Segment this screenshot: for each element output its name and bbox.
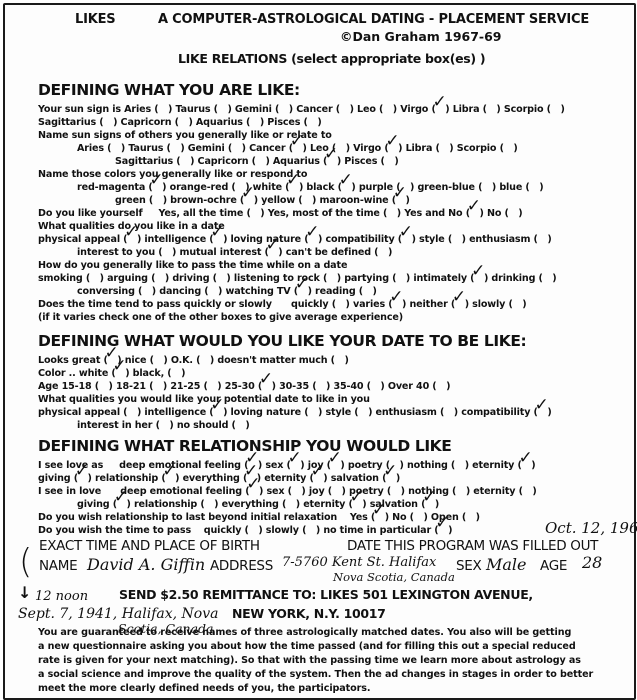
checkbox-option[interactable]: black, ( ) [133, 368, 186, 379]
option-label: Aries [77, 143, 107, 154]
checkbox-option[interactable]: Libra ( ) [406, 143, 457, 154]
brand-likes: LIKES [75, 12, 115, 27]
empty-box[interactable]: ( ) [150, 355, 168, 366]
empty-box[interactable]: ( ) [448, 234, 466, 245]
checkbox-option[interactable]: no should ( ) [177, 420, 250, 431]
prompt: I see in love [38, 486, 101, 497]
empty-box[interactable]: ( ) [245, 525, 263, 536]
checkbox-option[interactable]: yellow ( ) [261, 195, 319, 206]
checked-box[interactable]: ( )✓ [431, 104, 449, 115]
q-colors: Name those colors you generally like or … [38, 169, 307, 180]
checkbox-option[interactable]: Taurus ( ) [128, 143, 187, 154]
checkbox-option[interactable]: purple ( ) [359, 182, 418, 193]
option-label: eternity [264, 473, 309, 484]
checkbox-option[interactable]: Cancer ( ) [296, 104, 357, 115]
checked-box[interactable]: ( )✓ [113, 499, 131, 510]
option-label: Capricorn [121, 117, 175, 128]
option-label: deep emotional feeling [119, 460, 244, 471]
checkbox-option[interactable]: Sagittarius ( ) [38, 117, 121, 128]
empty-box[interactable]: ( ) [95, 381, 113, 392]
checked-box[interactable]: ( )✓ [111, 368, 129, 379]
checkbox-option[interactable]: relationship ( )✓ [95, 473, 183, 484]
checked-box[interactable]: ( )✓ [294, 286, 312, 297]
empty-box[interactable]: ( ) [451, 460, 469, 471]
empty-box[interactable]: ( ) [483, 104, 501, 115]
option-label: brown-ochre [170, 195, 240, 206]
empty-box[interactable]: ( ) [213, 273, 231, 284]
checkmark-icon: ✓ [246, 476, 260, 493]
empty-box[interactable]: ( ) [387, 486, 405, 497]
checkbox-option[interactable]: dancing ( ) [159, 286, 225, 297]
empty-box[interactable]: ( ) [232, 420, 250, 431]
checked-box[interactable]: ( )✓ [258, 381, 276, 392]
checkmark-icon: ✓ [372, 502, 386, 519]
empty-box[interactable]: ( ) [332, 299, 350, 310]
empty-box[interactable]: ( ) [374, 247, 392, 258]
checkbox-option[interactable]: Pisces ( ) [267, 117, 321, 128]
option-label: enthusiasm [376, 407, 440, 418]
empty-box[interactable]: ( ) [149, 381, 167, 392]
checkbox-option[interactable]: poetry ( ) [348, 460, 407, 471]
checkbox-option[interactable]: Scorpio ( ) [457, 143, 518, 154]
empty-box[interactable]: ( ) [123, 407, 141, 418]
option-label: 15-18 [62, 381, 95, 392]
empty-box[interactable]: ( ) [383, 208, 401, 219]
option-label: Pisces [267, 117, 303, 128]
option-label: compatibility [461, 407, 533, 418]
checked-box[interactable]: ( )✓ [74, 473, 92, 484]
option-label: Leo [357, 104, 379, 115]
checkbox-option[interactable]: green-blue ( ) [417, 182, 499, 193]
option-label: intelligence [144, 234, 209, 245]
checkbox-option[interactable]: 30-35 ( ) [279, 381, 333, 392]
checkbox-option[interactable]: black ( )✓ [306, 182, 358, 193]
birth-label: EXACT TIME AND PLACE OF BIRTH [39, 538, 260, 554]
option-label: green-blue [417, 182, 478, 193]
checkbox-option[interactable]: driving ( ) [172, 273, 234, 284]
empty-box[interactable]: ( ) [381, 156, 399, 167]
checkmark-icon: ✓ [452, 289, 466, 306]
checked-box[interactable]: ( )✓ [161, 473, 179, 484]
checkbox-option[interactable]: Gemini ( ) [188, 143, 249, 154]
checkbox-option[interactable]: compatibility ( )✓ [461, 407, 551, 418]
checkbox-option[interactable]: doesn't matter much ( ) [217, 355, 348, 366]
checkbox-option[interactable]: 15-18 ( ) [62, 381, 116, 392]
checkbox-option[interactable]: blue ( ) [499, 182, 543, 193]
bracket-mark: ( [19, 545, 32, 579]
empty-box[interactable]: ( ) [534, 234, 552, 245]
checkbox-option[interactable]: conversing ( ) [77, 286, 159, 297]
option-label: 18-21 [116, 381, 149, 392]
option-label: compatibility [325, 234, 397, 245]
checked-box[interactable]: ( )✓ [392, 195, 410, 206]
checked-box[interactable]: ( )✓ [348, 499, 366, 510]
checkbox-option[interactable]: sex ( )✓ [265, 460, 307, 471]
checked-box[interactable]: ( )✓ [285, 182, 303, 193]
q-sun-sign-cont: Sagittarius ( ) Capricorn ( ) Aquarius (… [38, 117, 322, 128]
empty-box[interactable]: ( ) [359, 286, 377, 297]
empty-box[interactable]: ( ) [525, 182, 543, 193]
birth-date-place: Sept. 7, 1941, Halifax, Nova [18, 606, 218, 622]
checkbox-option[interactable]: giving ( )✓ [77, 499, 134, 510]
checkbox-option[interactable]: 25-30 ( )✓ [225, 381, 279, 392]
empty-box[interactable]: ( ) [436, 143, 454, 154]
option-label: 35-40 [333, 381, 366, 392]
option-label: deep emotional feeling [120, 486, 245, 497]
checked-box[interactable]: ( )✓ [240, 195, 258, 206]
empty-box[interactable]: ( ) [86, 273, 104, 284]
q-age: Age 15-18 ( ) 18-21 ( ) 21-25 ( ) 25-30 … [38, 381, 450, 392]
option-label: green [115, 195, 149, 206]
checkbox-option[interactable]: 35-40 ( ) [333, 381, 387, 392]
empty-box[interactable]: ( ) [312, 381, 330, 392]
checkbox-option[interactable]: brown-ochre ( )✓ [170, 195, 261, 206]
checkbox-option[interactable]: quickly ( ) [291, 299, 353, 310]
checked-box[interactable]: ( )✓ [309, 473, 327, 484]
checkbox-option[interactable]: Yes, most of the time ( ) [268, 208, 405, 219]
empty-box[interactable]: ( ) [246, 117, 264, 128]
empty-box[interactable]: ( ) [323, 273, 341, 284]
empty-box[interactable]: ( ) [200, 499, 218, 510]
checkmark-icon: ✓ [471, 263, 485, 280]
subtitle: LIKE RELATIONS (select appropriate box(e… [178, 51, 485, 66]
checkbox-option[interactable]: quickly ( ) [204, 525, 266, 536]
empty-box[interactable]: ( ) [410, 512, 428, 523]
checked-box[interactable]: ( )✓ [327, 460, 345, 471]
checked-box[interactable]: ( )✓ [466, 208, 484, 219]
empty-box[interactable]: ( ) [336, 104, 354, 115]
q-sun-sign: Your sun sign is Aries ( ) Taurus ( ) Ge… [38, 104, 565, 115]
checked-box[interactable]: ( )✓ [209, 234, 227, 245]
checkbox-option[interactable]: Yes, all the time ( ) [159, 208, 268, 219]
checkbox-option[interactable]: mutual interest ( )✓ [179, 247, 285, 258]
checkbox-option[interactable]: slowly ( ) [266, 525, 324, 536]
empty-box[interactable]: ( ) [500, 143, 518, 154]
empty-box[interactable]: ( ) [288, 486, 306, 497]
checked-box[interactable]: ( )✓ [289, 143, 307, 154]
checked-box[interactable]: ( )✓ [470, 273, 488, 284]
address-value-line2: Nova Scotia, Canada [333, 570, 455, 584]
checkbox-option[interactable]: green ( ) [115, 195, 170, 206]
checked-box[interactable]: ( )✓ [517, 460, 535, 471]
checked-box[interactable]: ( )✓ [265, 247, 283, 258]
checkmark-icon: ✓ [383, 463, 397, 480]
checkbox-option[interactable]: Capricorn ( ) [198, 156, 273, 167]
empty-box[interactable]: ( ) [538, 273, 556, 284]
checkbox-option[interactable]: partying ( ) [344, 273, 413, 284]
option-label: Aquarius [196, 117, 246, 128]
q-last-beyond: Do you wish relationship to last beyond … [38, 512, 480, 523]
checkbox-option[interactable]: watching TV ( )✓ [225, 286, 315, 297]
checked-box[interactable]: ( )✓ [384, 143, 402, 154]
empty-box[interactable]: ( ) [462, 512, 480, 523]
checkmark-icon: ✓ [210, 224, 224, 241]
option-label: intelligence [144, 407, 209, 418]
prompt: Do you wish relationship to last beyond … [38, 512, 337, 523]
checkmark-icon: ✓ [349, 489, 363, 506]
empty-box[interactable]: ( ) [367, 381, 385, 392]
checkmark-icon: ✓ [385, 133, 399, 150]
option-label: black, [133, 368, 168, 379]
empty-box[interactable]: ( ) [440, 407, 458, 418]
option-label: interest to you [77, 247, 158, 258]
checkbox-option[interactable]: drinking ( ) [491, 273, 556, 284]
empty-box[interactable]: ( ) [203, 381, 221, 392]
checked-box[interactable]: ( )✓ [287, 460, 305, 471]
checkbox-option[interactable]: Over 40 ( ) [388, 381, 451, 392]
empty-box[interactable]: ( ) [504, 208, 522, 219]
remittance-line1: SEND $2.50 REMITTANCE TO: LIKES 501 LEXI… [119, 587, 533, 602]
option-label: O.K. [171, 355, 196, 366]
checkbox-option[interactable]: everything ( ) [222, 499, 304, 510]
q-pass-time: How do you generally like to pass the ti… [38, 260, 347, 271]
option-label: yellow [261, 195, 298, 206]
checkbox-option[interactable]: Virgo ( )✓ [353, 143, 405, 154]
checkbox-option[interactable]: relationship ( ) [134, 499, 222, 510]
checked-box[interactable]: ( )✓ [323, 156, 341, 167]
empty-box[interactable]: ( ) [252, 156, 270, 167]
checkbox-option[interactable]: loving nature ( ) [231, 407, 326, 418]
checkbox-option[interactable]: eternity ( )✓ [264, 473, 331, 484]
empty-box[interactable]: ( ) [167, 368, 185, 379]
checked-box[interactable]: ( )✓ [534, 407, 552, 418]
checkbox-option[interactable]: varies ( )✓ [353, 299, 410, 310]
empty-box[interactable]: ( ) [228, 143, 246, 154]
checkbox-option[interactable]: Aries ( ) [77, 143, 128, 154]
empty-box[interactable]: ( ) [304, 117, 322, 128]
checked-box[interactable]: ( )✓ [382, 473, 400, 484]
empty-box[interactable]: ( ) [151, 273, 169, 284]
checkbox-option[interactable]: physical appeal ( )✓ [38, 234, 144, 245]
empty-box[interactable]: ( ) [99, 117, 117, 128]
checkbox-option[interactable]: Gemini ( ) [235, 104, 296, 115]
empty-box[interactable]: ( ) [478, 182, 496, 193]
checkbox-option[interactable]: eternity ( )✓ [303, 499, 370, 510]
empty-box[interactable]: ( ) [508, 299, 526, 310]
empty-box[interactable]: ( ) [158, 247, 176, 258]
checked-box[interactable]: ( )✓ [421, 499, 439, 510]
name-label: NAME [39, 558, 77, 574]
empty-box[interactable]: ( ) [167, 143, 185, 154]
prompt: Does the time tend to pass quickly or sl… [38, 299, 272, 310]
prompt: Looks [38, 355, 69, 366]
empty-box[interactable]: ( ) [331, 355, 349, 366]
checkmark-icon: ✓ [241, 185, 255, 202]
option-label: doesn't matter much [217, 355, 330, 366]
checkbox-option[interactable]: Aquarius ( ) [196, 117, 267, 128]
checkbox-option[interactable]: salvation ( )✓ [331, 473, 400, 484]
option-label: red-magenta [77, 182, 148, 193]
empty-box[interactable]: ( ) [304, 407, 322, 418]
prompt: I see love as [38, 460, 103, 471]
empty-box[interactable]: ( ) [246, 208, 264, 219]
checkbox-option[interactable]: intelligence ( )✓ [144, 234, 230, 245]
empty-box[interactable]: ( ) [298, 195, 316, 206]
checkbox-option[interactable]: Virgo ( )✓ [400, 104, 452, 115]
option-label: eternity [303, 499, 348, 510]
q-looks: Looks great ( )✓ nice ( ) O.K. ( ) doesn… [38, 355, 349, 366]
checkbox-option[interactable]: eternity ( )✓ [472, 460, 535, 471]
checkbox-option[interactable]: Aquarius ( )✓ [273, 156, 344, 167]
option-label: Yes [350, 512, 371, 523]
empty-box[interactable]: ( ) [452, 486, 470, 497]
option-label: Yes and No [404, 208, 465, 219]
option-label: watching TV [225, 286, 293, 297]
checked-box[interactable]: ( )✓ [338, 182, 356, 193]
option-label: white [79, 368, 112, 379]
checkbox-option[interactable]: Pisces ( ) [344, 156, 398, 167]
checkbox-option[interactable]: enthusiasm ( ) [376, 407, 462, 418]
checkbox-option[interactable]: 21-25 ( ) [170, 381, 224, 392]
option-label: giving [38, 473, 74, 484]
checkbox-option[interactable]: 18-21 ( ) [116, 381, 170, 392]
empty-box[interactable]: ( ) [328, 486, 346, 497]
checked-box[interactable]: ( )✓ [451, 299, 469, 310]
option-label: style [419, 234, 448, 245]
checkbox-option[interactable]: O.K. ( ) [171, 355, 218, 366]
checkbox-option[interactable]: Libra ( ) [453, 104, 504, 115]
checkbox-option[interactable]: Sagittarius ( ) [115, 156, 198, 167]
checked-box[interactable]: ( )✓ [123, 234, 141, 245]
empty-box[interactable]: ( ) [354, 407, 372, 418]
checkbox-option[interactable]: intelligence ( )✓ [144, 407, 230, 418]
checkbox-option[interactable]: white ( )✓ [79, 368, 133, 379]
option-label: giving [77, 499, 113, 510]
empty-box[interactable]: ( ) [392, 273, 410, 284]
checked-box[interactable]: ( )✓ [304, 234, 322, 245]
checkbox-option[interactable]: Aries ( ) [124, 104, 175, 115]
q-like-yourself: Do you like yourself Yes, all the time (… [38, 208, 523, 219]
sex-value: Male [486, 555, 527, 574]
checkbox-option[interactable]: joy ( ) [309, 486, 349, 497]
checkbox-option[interactable]: red-magenta ( )✓ [77, 182, 170, 193]
empty-box[interactable]: ( ) [176, 156, 194, 167]
checkbox-option[interactable]: style ( ) [419, 234, 469, 245]
checkbox-option[interactable]: smoking ( ) [38, 273, 107, 284]
prompt: Do you like yourself [38, 208, 143, 219]
q-qualities-row2: interest to you ( ) mutual interest ( )✓… [77, 247, 392, 258]
checkbox-option[interactable]: can't be defined ( ) [286, 247, 392, 258]
checkbox-option[interactable]: Scorpio ( ) [504, 104, 565, 115]
prompt: Age [38, 381, 58, 392]
checkbox-option[interactable]: white ( )✓ [253, 182, 307, 193]
q-qualities-row1: physical appeal ( )✓ intelligence ( )✓ l… [38, 234, 552, 245]
checkbox-option[interactable]: Yes and No ( )✓ [404, 208, 487, 219]
checked-box[interactable]: ( )✓ [434, 525, 452, 536]
checked-box[interactable]: ( )✓ [398, 234, 416, 245]
option-label: drinking [491, 273, 538, 284]
checkbox-option[interactable]: nothing ( ) [407, 460, 472, 471]
prompt: Do you wish the time to pass [38, 525, 191, 536]
empty-box[interactable]: ( ) [214, 104, 232, 115]
checkbox-option[interactable]: No ( ) [487, 208, 523, 219]
checkbox-option[interactable]: arguing ( ) [107, 273, 172, 284]
option-label: listening to rock [234, 273, 323, 284]
empty-box[interactable]: ( ) [547, 104, 565, 115]
checkbox-option[interactable]: interest to you ( ) [77, 247, 179, 258]
option-label: varies [353, 299, 388, 310]
empty-box[interactable]: ( ) [138, 286, 156, 297]
footer-paragraph: You are guaranteed to receive names of t… [38, 626, 618, 696]
checkbox-option[interactable]: nothing ( ) [408, 486, 473, 497]
checkmark-icon: ✓ [290, 133, 304, 150]
checked-box[interactable]: ( )✓ [371, 512, 389, 523]
empty-box[interactable]: ( ) [379, 104, 397, 115]
checkmark-icon: ✓ [259, 371, 273, 388]
checkbox-option[interactable]: deep emotional feeling ( )✓ [120, 486, 266, 497]
empty-box[interactable]: ( ) [154, 104, 172, 115]
arrow-down-icon: ↓ [18, 583, 31, 602]
option-label: quickly [204, 525, 245, 536]
checkbox-option[interactable]: eternity ( ) [473, 486, 536, 497]
empty-box[interactable]: ( ) [196, 355, 214, 366]
q-colors-row2: green ( ) brown-ochre ( )✓ yellow ( ) ma… [115, 195, 410, 206]
checkmark-icon: ✓ [162, 463, 176, 480]
checkbox-option[interactable]: no time in particular ( )✓ [323, 525, 452, 536]
option-label: no should [177, 420, 232, 431]
checkbox-option[interactable]: intimately ( )✓ [413, 273, 491, 284]
option-label: intimately [413, 273, 470, 284]
empty-box[interactable]: ( ) [275, 104, 293, 115]
checkbox-option[interactable]: Taurus ( ) [175, 104, 234, 115]
empty-box[interactable]: ( ) [204, 286, 222, 297]
checkbox-option[interactable]: compatibility ( )✓ [325, 234, 419, 245]
date-filled-label: DATE THIS PROGRAM WAS FILLED OUT [347, 538, 598, 554]
checkbox-option[interactable]: slowly ( ) [472, 299, 526, 310]
checkbox-option[interactable]: maroon-wine ( )✓ [320, 195, 410, 206]
empty-box[interactable]: ( ) [282, 499, 300, 510]
option-label: dancing [159, 286, 204, 297]
checkbox-option[interactable]: listening to rock ( ) [234, 273, 344, 284]
option-label: relationship [95, 473, 161, 484]
checkbox-option[interactable]: reading ( ) [315, 286, 377, 297]
checkbox-option[interactable]: Cancer ( )✓ [249, 143, 310, 154]
checkbox-option[interactable]: giving ( )✓ [38, 473, 95, 484]
empty-box[interactable]: ( ) [519, 486, 537, 497]
option-label: interest in her [77, 420, 156, 431]
empty-box[interactable]: ( ) [107, 143, 125, 154]
empty-box[interactable]: ( ) [156, 420, 174, 431]
checkbox-option[interactable]: enthusiasm ( ) [469, 234, 552, 245]
empty-box[interactable]: ( ) [175, 117, 193, 128]
empty-box[interactable]: ( ) [149, 195, 167, 206]
footer-line: a new questionnaire asking you about how… [38, 640, 618, 654]
option-label: everything [183, 473, 243, 484]
checked-box[interactable]: ( )✓ [148, 182, 166, 193]
checkbox-option[interactable]: style ( ) [325, 407, 375, 418]
checked-box[interactable]: ( )✓ [209, 407, 227, 418]
checkbox-option[interactable]: Capricorn ( ) [121, 117, 196, 128]
checked-box[interactable]: ( )✓ [245, 486, 263, 497]
option-label: joy [309, 486, 328, 497]
checkmark-icon: ✓ [75, 463, 89, 480]
option-label: slowly [472, 299, 508, 310]
empty-box[interactable]: ( ) [302, 525, 320, 536]
option-label: eternity [472, 460, 517, 471]
checkbox-option[interactable]: Yes ( )✓ [350, 512, 392, 523]
checkbox-option[interactable]: nice ( ) [125, 355, 171, 366]
checkbox-option[interactable]: interest in her ( ) [77, 420, 177, 431]
checkbox-option[interactable]: Leo ( ) [357, 104, 400, 115]
checkmark-icon: ✓ [393, 185, 407, 202]
checkbox-option[interactable]: No ( ) [392, 512, 431, 523]
checkbox-option[interactable]: sex ( ) [266, 486, 308, 497]
name-value: David A. Giffin [87, 555, 205, 574]
empty-box[interactable]: ( ) [432, 381, 450, 392]
checkbox-option[interactable]: neither ( )✓ [410, 299, 473, 310]
checkbox-option[interactable]: physical appeal ( ) [38, 407, 144, 418]
checked-box[interactable]: ( )✓ [388, 299, 406, 310]
